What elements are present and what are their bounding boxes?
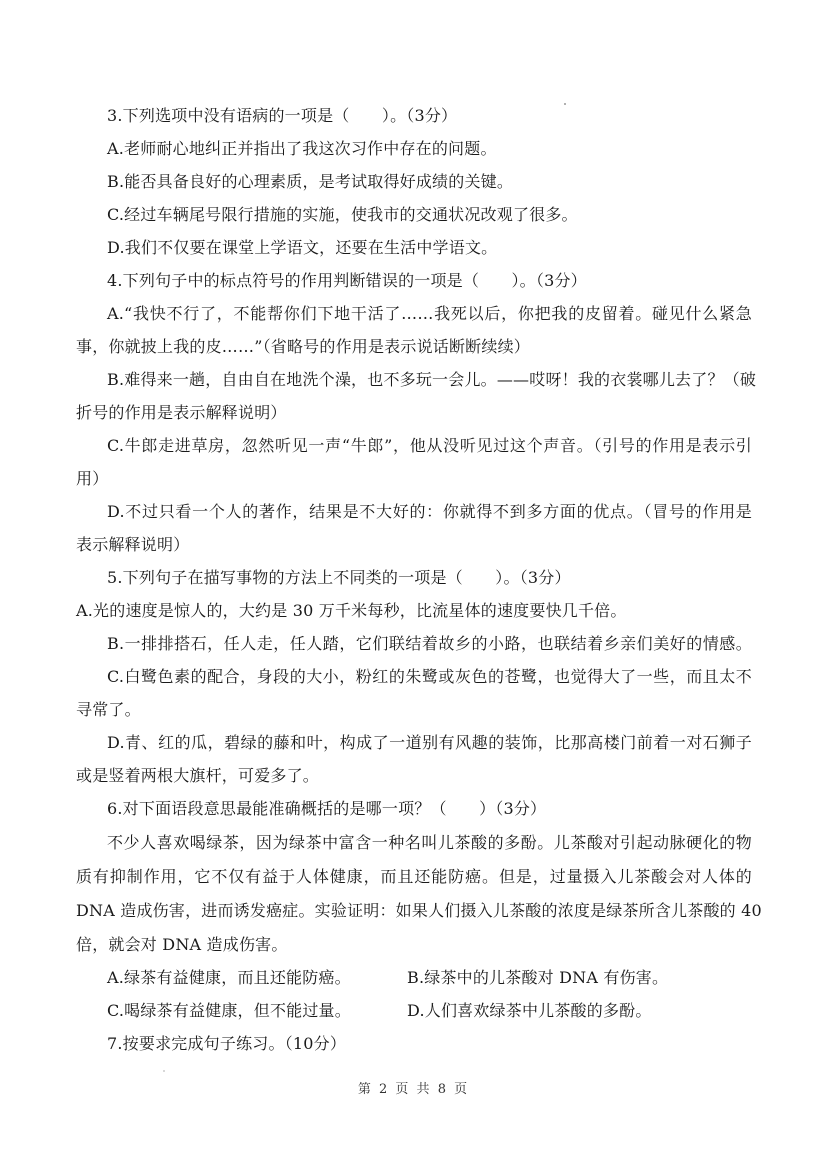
option-d: D.青、红的瓜，碧绿的藤和叶，构成了一道别有风趣的装饰，比那高楼门前着一对石狮子 bbox=[107, 733, 752, 753]
option-b: B.绿茶中的儿茶酸对 DNA 有伤害。 bbox=[407, 968, 668, 988]
question-stem: 5.下列句子在描写事物的方法上不同类的一项是（ ）。（3分） bbox=[107, 568, 571, 588]
option-b-cont: 折号的作用是表示解释说明） bbox=[76, 403, 287, 423]
option-a-cont: 事，你就披上我的皮……”（省略号的作用是表示说话断断续续） bbox=[76, 337, 530, 357]
option-c: C.牛郎走进草房，忽然听见一声“牛郎”，他从没听见过这个声音。（引号的作用是表示… bbox=[107, 436, 752, 456]
option-c-cont: 寻常了。 bbox=[76, 700, 141, 720]
option-c: C.白鹭色素的配合，身段的大小，粉红的朱鹭或灰色的苍鹭，也觉得大了一些，而且太不 bbox=[107, 667, 752, 687]
passage-line: 倍，就会对 DNA 造成伤害。 bbox=[76, 935, 288, 955]
page-footer: 第 2 页 共 8 页 bbox=[0, 1078, 827, 1097]
option-d-cont: 或是竖着两根大旗杆，可爱多了。 bbox=[76, 766, 319, 786]
option-a: A.老师耐心地纠正并指出了我这次习作中存在的问题。 bbox=[107, 139, 497, 159]
option-d: D.不过只看一个人的著作，结果是不大好的：你就得不到多方面的优点。（冒号的作用是 bbox=[107, 502, 752, 522]
option-b: B.难得来一趟，自由自在地洗个澡，也不多玩一会儿。——哎呀！我的衣裳哪儿去了？（… bbox=[107, 370, 752, 390]
option-a: A.绿茶有益健康，而且还能防癌。 bbox=[107, 968, 351, 988]
question-stem: 7.按要求完成句子练习。（10分） bbox=[107, 1034, 346, 1054]
option-a: A.光的速度是惊人的，大约是 30 万千米每秒，比流星体的速度要快几千倍。 bbox=[76, 601, 627, 621]
scan-speck bbox=[163, 1070, 165, 1072]
passage-line: 不少人喜欢喝绿茶，因为绿茶中富含一种名叫儿茶酸的多酚。儿茶酸对引起动脉硬化的物 bbox=[107, 833, 752, 853]
option-b: B.一排排搭石，任人走，任人踏，它们联结着故乡的小路，也联结着乡亲们美好的情感。 bbox=[107, 634, 752, 654]
exam-page: 3.下列选项中没有语病的一项是（ ）。（3分） A.老师耐心地纠正并指出了我这次… bbox=[0, 0, 827, 1169]
scan-speck bbox=[564, 103, 566, 105]
option-d: D.我们不仅要在课堂上学语文，还要在生活中学语文。 bbox=[107, 238, 497, 258]
option-d: D.人们喜欢绿茶中儿茶酸的多酚。 bbox=[407, 1001, 652, 1021]
passage-line: DNA 造成伤害，进而诱发癌症。实验证明：如果人们摄入儿茶酸的浓度是绿茶所含儿茶… bbox=[76, 901, 752, 921]
option-d-cont: 表示解释说明） bbox=[76, 535, 189, 555]
question-stem: 6.对下面语段意思最能准确概括的是哪一项？（ ）（3分） bbox=[107, 799, 546, 819]
option-c-cont: 用） bbox=[76, 469, 108, 489]
option-b: B.能否具备良好的心理素质，是考试取得好成绩的关键。 bbox=[107, 172, 513, 192]
option-c: C.经过车辆尾号限行措施的实施，使我市的交通状况改观了很多。 bbox=[107, 205, 578, 225]
option-a: A.“我快不行了，不能帮你们下地干活了……我死以后，你把我的皮留着。碰见什么紧急 bbox=[107, 304, 752, 324]
option-c: C.喝绿茶有益健康，但不能过量。 bbox=[107, 1001, 351, 1021]
question-stem: 4.下列句子中的标点符号的作用判断错误的一项是（ ）。（3分） bbox=[107, 271, 587, 291]
passage-line: 质有抑制作用，它不仅有益于人体健康，而且还能防癌。但是，过量摄入儿茶酸会对人体的 bbox=[76, 867, 752, 887]
question-stem: 3.下列选项中没有语病的一项是（ ）。（3分） bbox=[107, 106, 457, 126]
